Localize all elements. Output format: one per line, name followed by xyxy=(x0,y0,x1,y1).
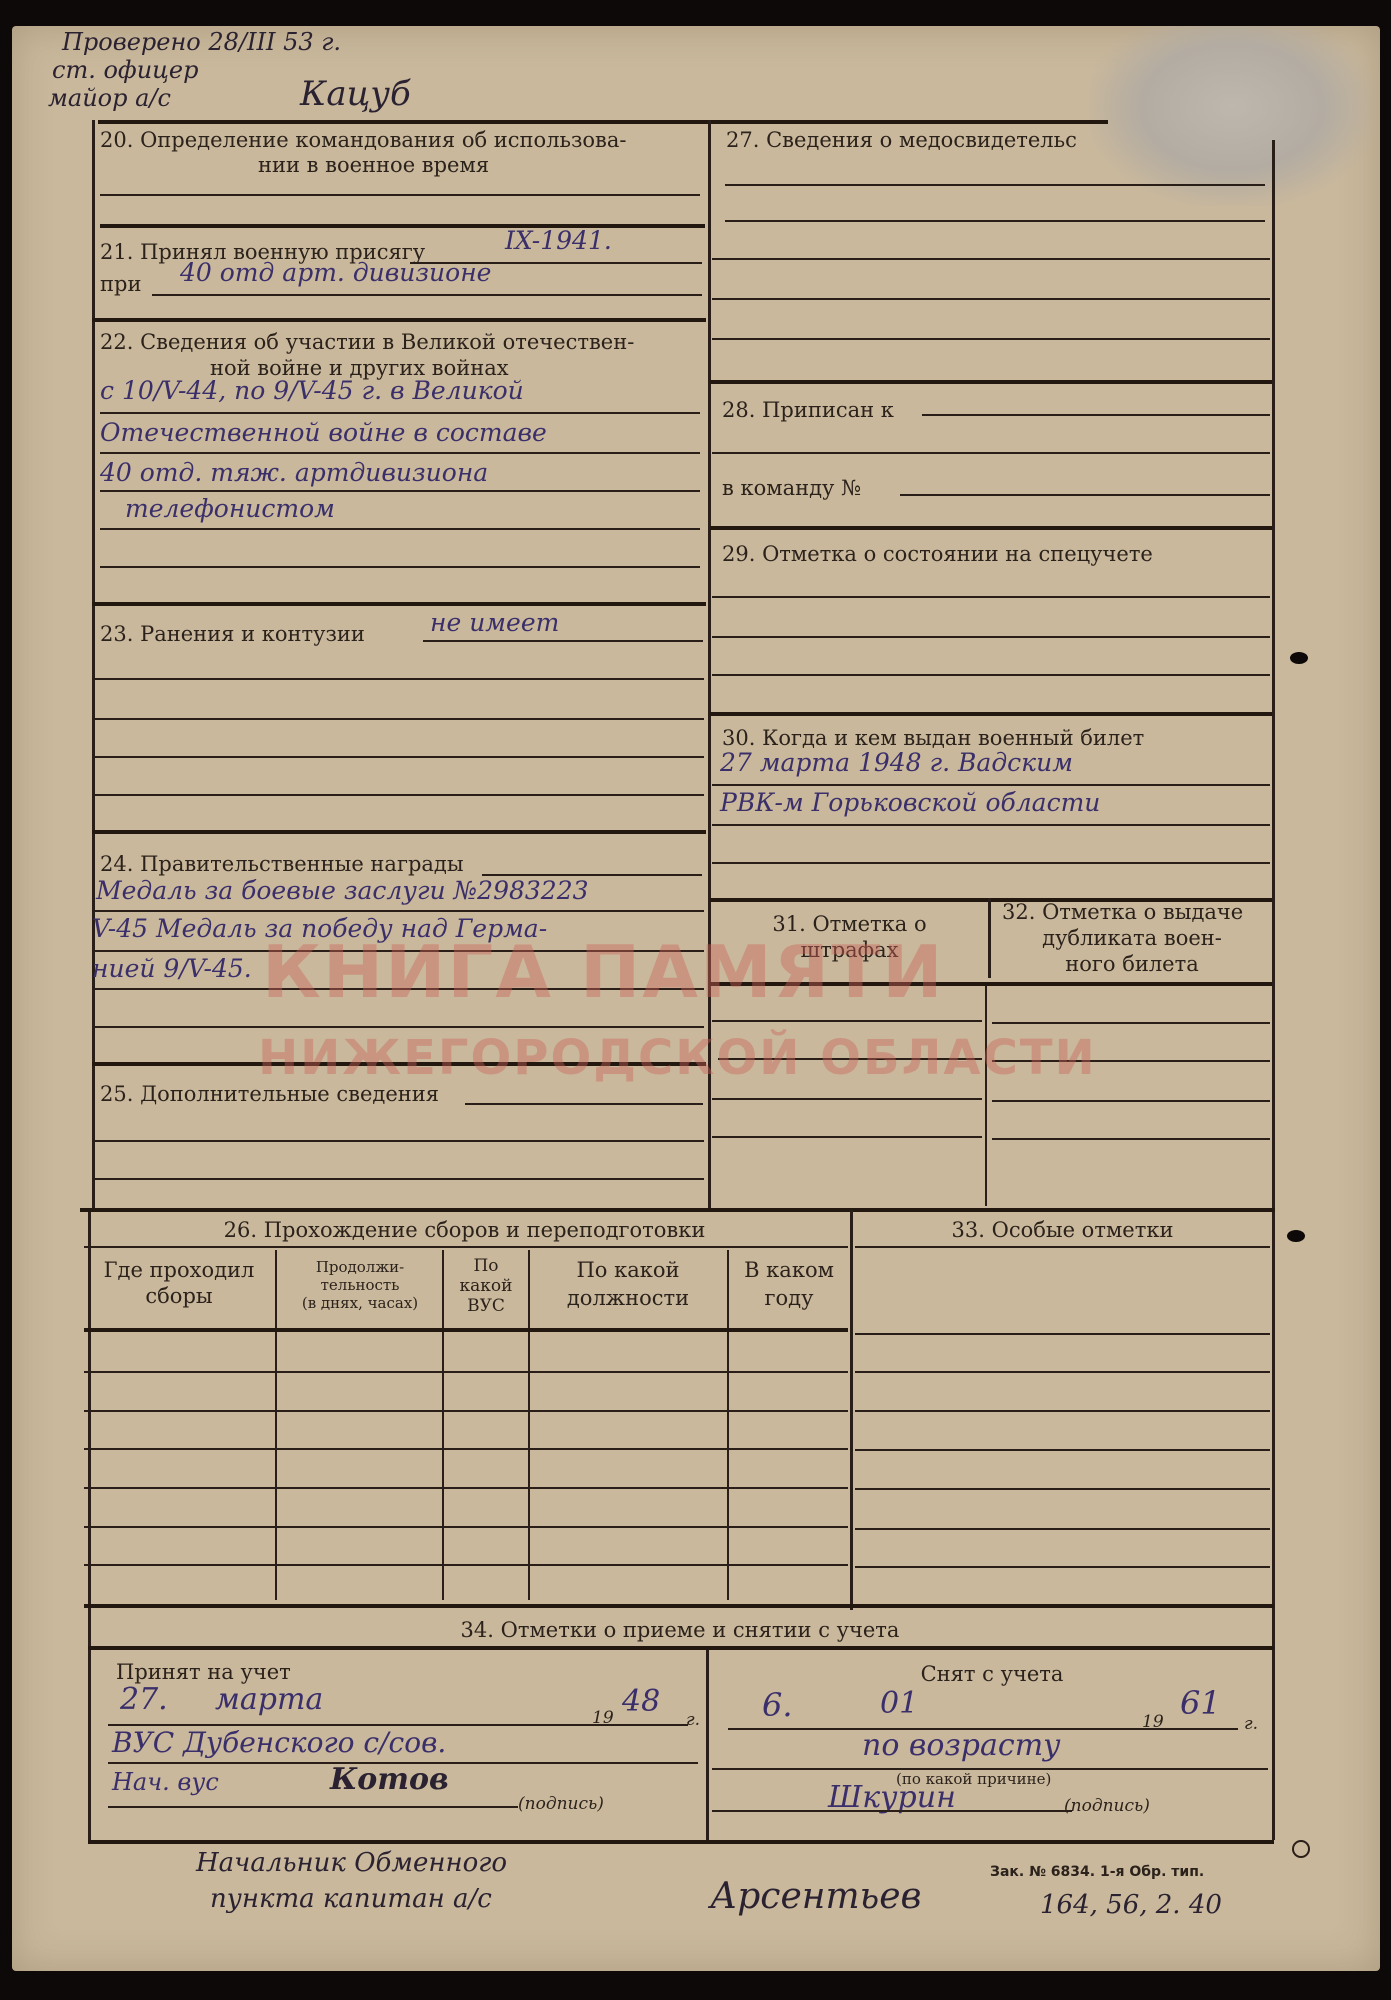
s21-at-label: при xyxy=(100,272,141,296)
bottom-note-line1: Начальник Обменного xyxy=(196,1848,507,1878)
s29-bottom-rule xyxy=(710,712,1272,716)
s27-bottom-rule xyxy=(710,380,1272,384)
s30-rule-2 xyxy=(712,824,1270,826)
s22-rule-2 xyxy=(100,452,700,454)
s22-rule-1 xyxy=(100,412,700,414)
s33-title-rule xyxy=(855,1246,1270,1248)
punch-hole-upper xyxy=(1290,652,1308,664)
s33-rule-7 xyxy=(855,1566,1270,1568)
s21-at-field-line xyxy=(152,294,702,296)
top-note-signature: Кацуб xyxy=(300,74,411,114)
s34-removed-year: 61 xyxy=(1180,1684,1221,1722)
top-note-line3: майор а/с xyxy=(48,84,171,112)
s23-label: 23. Ранения и контузии xyxy=(100,622,365,646)
frame-right-border xyxy=(1272,140,1275,1840)
s27-rule-5 xyxy=(712,338,1270,340)
s33-rule-3 xyxy=(855,1410,1270,1412)
s23-field-line xyxy=(423,640,703,642)
s20-label: 20. Определение командования об использо… xyxy=(100,128,627,152)
s26-col2-header: Продолжи- xyxy=(278,1258,442,1276)
s33-rule-6 xyxy=(855,1528,1270,1530)
s34-accepted-signature-line xyxy=(108,1806,518,1808)
s26-row-rule-2 xyxy=(84,1410,848,1412)
print-code: 164, 56, 2. 40 xyxy=(1040,1890,1222,1920)
s28-rule-1 xyxy=(712,452,1270,454)
s22-rule-3 xyxy=(100,490,700,492)
s31-rule-3 xyxy=(712,1098,982,1100)
s21-at-value: 40 отд арт. дивизионе xyxy=(180,258,491,287)
s22-line-2: Отечественной войне в составе xyxy=(100,418,547,447)
s22-line-1: с 10/V-44, по 9/V-45 г. в Великой xyxy=(100,376,524,405)
s34-divider xyxy=(706,1650,709,1842)
s33-rule-2 xyxy=(855,1371,1270,1373)
s26-col4-header: По какой xyxy=(530,1258,726,1282)
frame-top-rule xyxy=(98,120,1108,124)
s32-label-cont: дубликата воен- xyxy=(992,926,1272,950)
s26-header-rule xyxy=(84,1328,848,1332)
s22-bottom-rule xyxy=(92,602,706,606)
s28-team-field-line xyxy=(900,494,1270,496)
top-note-line1: Проверено 28/III 53 г. xyxy=(62,28,341,56)
s23-bottom-rule xyxy=(92,830,706,834)
s21-bottom-rule xyxy=(92,318,706,322)
s26-title-rule xyxy=(84,1246,848,1248)
s26-col-divider-1 xyxy=(275,1250,277,1600)
s33-rule-4 xyxy=(855,1449,1270,1451)
s34-accepted-day: 27. xyxy=(120,1682,168,1717)
s22-label: 22. Сведения об участии в Великой отечес… xyxy=(100,330,634,354)
s30-line-2: РВК-м Горьковской области xyxy=(720,788,1100,817)
s26-row-rule-5 xyxy=(84,1526,848,1528)
s32-rule-1 xyxy=(992,1022,1270,1024)
s24-rule-4 xyxy=(92,1026,704,1028)
ring-mark xyxy=(1292,1840,1310,1858)
s34-accepted-year: 48 xyxy=(622,1684,660,1719)
s34-accepted-signature-label: (подпись) xyxy=(518,1794,604,1814)
bottom-note-line2: пункта капитан а/с xyxy=(210,1884,492,1914)
s20-bottom-rule xyxy=(100,224,705,228)
s22-rule-5 xyxy=(100,566,700,568)
s25-rule-1 xyxy=(92,1140,704,1142)
s25-field-line xyxy=(465,1103,703,1105)
s20-label-cont: нии в военное время xyxy=(258,153,489,177)
s26-col5-header-2: году xyxy=(729,1286,849,1310)
s26-col1-header: Где проходил xyxy=(84,1258,274,1282)
top-note-line2: ст. офицер xyxy=(52,56,198,84)
s34-removed-label: Снят с учета xyxy=(712,1662,1272,1686)
s27-rule-1 xyxy=(725,184,1265,186)
s26-col2-header-2: тельность xyxy=(278,1276,442,1294)
s29-rule-1 xyxy=(712,596,1270,598)
s34-accepted-label: Принят на учет xyxy=(116,1660,291,1684)
s34-bottom-rule xyxy=(88,1840,1274,1844)
s26-col1-header-2: сборы xyxy=(84,1284,274,1308)
s26-col3-header: По xyxy=(444,1256,528,1276)
s34-removed-signature-line xyxy=(712,1810,1072,1812)
watermark-line2: НИЖЕГОРОДСКОЙ ОБЛАСТИ xyxy=(258,1030,1097,1086)
s34-accepted-year-suffix: г. xyxy=(686,1710,700,1730)
s33-rule-5 xyxy=(855,1488,1270,1490)
s22-line-4: телефонистом xyxy=(125,494,335,523)
s31-s32-divider xyxy=(985,984,987,1206)
s32-label-cont2: ного билета xyxy=(992,952,1272,976)
s24-line-1: Медаль за боевые заслуги №2983223 xyxy=(96,876,589,905)
s34-removed-month: 01 xyxy=(880,1686,918,1721)
s34-removed-reason: по возрасту xyxy=(862,1728,1061,1763)
s34-accepted-signer: Нач. вус xyxy=(112,1768,219,1796)
mid-horizontal-rule xyxy=(80,1208,1275,1212)
s22-line-3: 40 отд. тяж. артдивизиона xyxy=(100,458,488,487)
s23-rule-2 xyxy=(92,718,704,720)
s26-row-rule-1 xyxy=(84,1371,848,1373)
s32-rule-4 xyxy=(992,1138,1270,1140)
s26-col3-header-3: ВУС xyxy=(444,1296,528,1316)
s29-label: 29. Отметка о состоянии на спецучете xyxy=(722,542,1153,566)
frame-left-border xyxy=(92,120,95,1210)
s26-title: 26. Прохождение сборов и переподготовки xyxy=(82,1218,847,1242)
s32-label: 32. Отметка о выдаче xyxy=(1002,900,1243,924)
s30-line-1: 27 марта 1948 г. Вадским xyxy=(720,748,1073,777)
paper-stain xyxy=(1090,26,1375,206)
print-info: Зак. № 6834. 1-я Обр. тип. xyxy=(990,1864,1204,1880)
s26-row-rule-4 xyxy=(84,1487,848,1489)
s21-value: IX-1941. xyxy=(505,226,612,255)
s20-field-line xyxy=(100,194,700,196)
s29-rule-3 xyxy=(712,674,1270,676)
s26-s33-divider xyxy=(850,1210,853,1610)
s26-col2-header-3: (в днях, часах) xyxy=(278,1294,442,1312)
s26-col3-header-2: какой xyxy=(444,1276,528,1296)
s25-rule-2 xyxy=(92,1178,704,1180)
s30-rule-1 xyxy=(712,784,1270,786)
s26-col4-header-2: должности xyxy=(530,1286,726,1310)
s34-removed-year-suffix: г. xyxy=(1244,1714,1258,1734)
s26-col5-header: В каком xyxy=(729,1258,849,1282)
s26-row-rule-3 xyxy=(84,1448,848,1450)
s27-rule-4 xyxy=(712,298,1270,300)
s34-accepted-by: ВУС Дубенского с/сов. xyxy=(112,1726,446,1759)
s34-title-rule xyxy=(88,1646,1274,1650)
s28-team-label: в команду № xyxy=(722,476,861,500)
s28-field-line xyxy=(922,414,1270,416)
s31-s32-divider-top xyxy=(988,898,991,978)
s34-removed-signature-label: (подпись) xyxy=(1064,1796,1150,1816)
s33-rule-1 xyxy=(855,1333,1270,1335)
s27-label: 27. Сведения о медосвидетельс xyxy=(726,128,1077,152)
s27-rule-3 xyxy=(712,258,1270,260)
s27-rule-2 xyxy=(725,220,1265,222)
s23-rule-4 xyxy=(92,794,704,796)
watermark-line1: КНИГА ПАМЯТИ xyxy=(262,930,944,1014)
s30-label: 30. Когда и кем выдан военный билет xyxy=(722,726,1144,750)
s34-title: 34. Отметки о приеме и снятии с учета xyxy=(90,1618,1270,1642)
s26-bottom-rule xyxy=(84,1604,1274,1608)
s31-rule-4 xyxy=(712,1136,982,1138)
s30-rule-3 xyxy=(712,862,1270,864)
s29-rule-2 xyxy=(712,636,1270,638)
s31-rule-1 xyxy=(712,1020,982,1022)
s23-rule-1 xyxy=(92,678,704,680)
s34-accepted-signature: Котов xyxy=(330,1762,449,1797)
s28-bottom-rule xyxy=(710,526,1272,530)
s22-rule-4 xyxy=(100,528,700,530)
punch-hole-lower xyxy=(1287,1230,1305,1242)
s28-label: 28. Приписан к xyxy=(722,398,894,422)
s34-removed-day: 6. xyxy=(762,1686,793,1724)
s23-rule-3 xyxy=(92,756,704,758)
s26-row-rule-6 xyxy=(84,1564,848,1566)
s24-label: 24. Правительственные награды xyxy=(100,852,464,876)
s32-rule-3 xyxy=(992,1100,1270,1102)
s34-accepted-month: марта xyxy=(215,1682,323,1717)
bottom-note-signature: Арсентьев xyxy=(710,1876,921,1917)
s24-rule-1 xyxy=(92,910,704,912)
s24-line-3: нией 9/V-45. xyxy=(92,954,252,983)
s33-label: 33. Особые отметки xyxy=(855,1218,1270,1242)
s23-value: не имеет xyxy=(430,608,559,637)
